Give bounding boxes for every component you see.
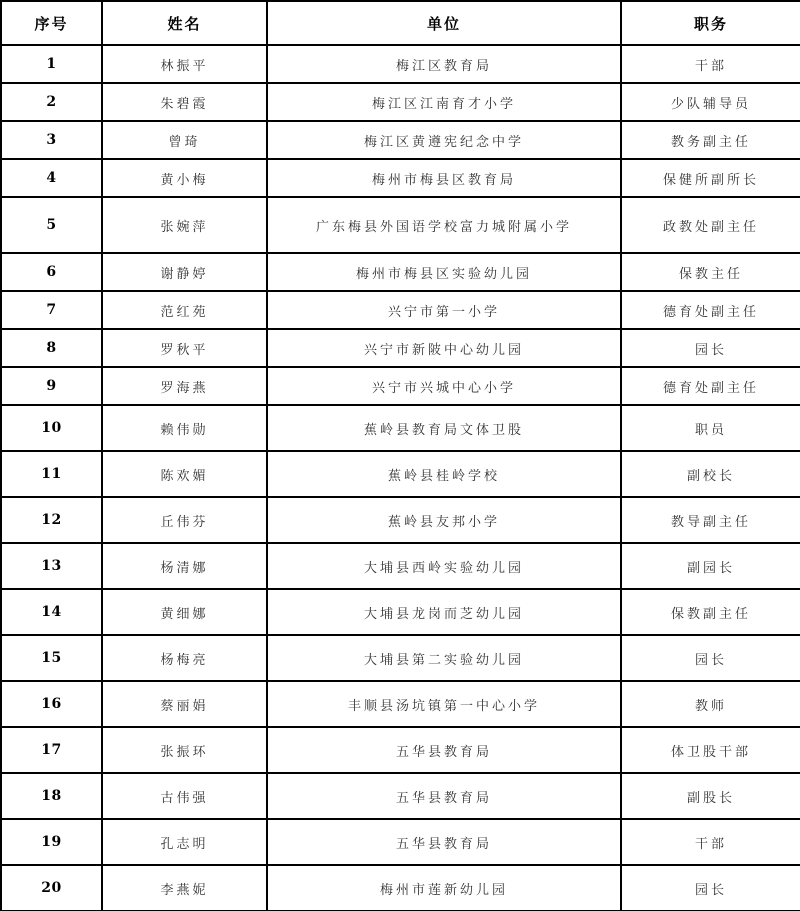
table-row: 14 黄细娜 大埔县龙岗而芝幼儿园 保教副主任 [1, 589, 800, 635]
cell-unit: 五华县教育局 [267, 773, 621, 819]
cell-position: 教务副主任 [621, 121, 800, 159]
cell-unit: 大埔县西岭实验幼儿园 [267, 543, 621, 589]
cell-index: 3 [1, 121, 102, 159]
cell-unit: 蕉岭县友邦小学 [267, 497, 621, 543]
cell-index: 8 [1, 329, 102, 367]
cell-name: 张振环 [102, 727, 267, 773]
cell-position: 教导副主任 [621, 497, 800, 543]
cell-index: 5 [1, 197, 102, 253]
cell-index: 6 [1, 253, 102, 291]
cell-position: 园长 [621, 329, 800, 367]
cell-unit: 蕉岭县桂岭学校 [267, 451, 621, 497]
cell-index: 20 [1, 865, 102, 911]
cell-index: 7 [1, 291, 102, 329]
cell-position: 副园长 [621, 543, 800, 589]
cell-name: 孔志明 [102, 819, 267, 865]
cell-position: 干部 [621, 819, 800, 865]
cell-position: 教师 [621, 681, 800, 727]
cell-index: 17 [1, 727, 102, 773]
cell-unit: 蕉岭县教育局文体卫股 [267, 405, 621, 451]
cell-index: 12 [1, 497, 102, 543]
cell-unit: 兴宁市兴城中心小学 [267, 367, 621, 405]
cell-unit: 五华县教育局 [267, 819, 621, 865]
cell-name: 李燕妮 [102, 865, 267, 911]
cell-position: 副校长 [621, 451, 800, 497]
table-row: 8 罗秋平 兴宁市新陂中心幼儿园 园长 [1, 329, 800, 367]
cell-index: 10 [1, 405, 102, 451]
cell-position: 保健所副所长 [621, 159, 800, 197]
cell-index: 19 [1, 819, 102, 865]
cell-position: 体卫股干部 [621, 727, 800, 773]
cell-index: 14 [1, 589, 102, 635]
cell-name: 蔡丽娟 [102, 681, 267, 727]
cell-name: 罗秋平 [102, 329, 267, 367]
cell-position: 保教主任 [621, 253, 800, 291]
cell-unit: 兴宁市新陂中心幼儿园 [267, 329, 621, 367]
cell-unit: 大埔县第二实验幼儿园 [267, 635, 621, 681]
cell-index: 13 [1, 543, 102, 589]
table-row: 20 李燕妮 梅州市莲新幼儿园 园长 [1, 865, 800, 911]
table-row: 7 范红苑 兴宁市第一小学 德育处副主任 [1, 291, 800, 329]
cell-unit: 兴宁市第一小学 [267, 291, 621, 329]
table-row: 12 丘伟芬 蕉岭县友邦小学 教导副主任 [1, 497, 800, 543]
table-row: 10 赖伟勋 蕉岭县教育局文体卫股 职员 [1, 405, 800, 451]
cell-position: 少队辅导员 [621, 83, 800, 121]
cell-position: 副股长 [621, 773, 800, 819]
cell-unit: 梅州市梅县区实验幼儿园 [267, 253, 621, 291]
cell-name: 赖伟勋 [102, 405, 267, 451]
table-row: 17 张振环 五华县教育局 体卫股干部 [1, 727, 800, 773]
cell-name: 朱碧霞 [102, 83, 267, 121]
cell-unit: 五华县教育局 [267, 727, 621, 773]
cell-unit: 广东梅县外国语学校富力城附属小学 [267, 197, 621, 253]
header-position: 职务 [621, 1, 800, 45]
cell-name: 杨清娜 [102, 543, 267, 589]
table-row: 16 蔡丽娟 丰顺县汤坑镇第一中心小学 教师 [1, 681, 800, 727]
cell-name: 古伟强 [102, 773, 267, 819]
cell-position: 园长 [621, 865, 800, 911]
header-name: 姓名 [102, 1, 267, 45]
cell-index: 16 [1, 681, 102, 727]
table-row: 11 陈欢媚 蕉岭县桂岭学校 副校长 [1, 451, 800, 497]
table-row: 19 孔志明 五华县教育局 干部 [1, 819, 800, 865]
table-row: 5 张婉萍 广东梅县外国语学校富力城附属小学 政教处副主任 [1, 197, 800, 253]
cell-index: 11 [1, 451, 102, 497]
cell-name: 黄小梅 [102, 159, 267, 197]
table-row: 2 朱碧霞 梅江区江南育才小学 少队辅导员 [1, 83, 800, 121]
cell-index: 4 [1, 159, 102, 197]
cell-unit: 梅江区黄遵宪纪念中学 [267, 121, 621, 159]
table-row: 9 罗海燕 兴宁市兴城中心小学 德育处副主任 [1, 367, 800, 405]
cell-position: 德育处副主任 [621, 367, 800, 405]
table-row: 18 古伟强 五华县教育局 副股长 [1, 773, 800, 819]
cell-index: 9 [1, 367, 102, 405]
table-row: 6 谢静婷 梅州市梅县区实验幼儿园 保教主任 [1, 253, 800, 291]
cell-name: 罗海燕 [102, 367, 267, 405]
cell-name: 范红苑 [102, 291, 267, 329]
cell-unit: 梅州市莲新幼儿园 [267, 865, 621, 911]
cell-index: 15 [1, 635, 102, 681]
cell-unit: 梅州市梅县区教育局 [267, 159, 621, 197]
cell-name: 杨梅亮 [102, 635, 267, 681]
cell-index: 1 [1, 45, 102, 83]
cell-position: 德育处副主任 [621, 291, 800, 329]
table-row: 15 杨梅亮 大埔县第二实验幼儿园 园长 [1, 635, 800, 681]
header-index: 序号 [1, 1, 102, 45]
table-row: 13 杨清娜 大埔县西岭实验幼儿园 副园长 [1, 543, 800, 589]
cell-position: 干部 [621, 45, 800, 83]
table-row: 4 黄小梅 梅州市梅县区教育局 保健所副所长 [1, 159, 800, 197]
cell-name: 林振平 [102, 45, 267, 83]
cell-name: 黄细娜 [102, 589, 267, 635]
table-row: 3 曾琦 梅江区黄遵宪纪念中学 教务副主任 [1, 121, 800, 159]
cell-unit: 丰顺县汤坑镇第一中心小学 [267, 681, 621, 727]
cell-index: 18 [1, 773, 102, 819]
cell-position: 政教处副主任 [621, 197, 800, 253]
cell-unit: 大埔县龙岗而芝幼儿园 [267, 589, 621, 635]
cell-name: 曾琦 [102, 121, 267, 159]
roster-table: 序号 姓名 单位 职务 1 林振平 梅江区教育局 干部 2 朱碧霞 梅江区江南育… [0, 0, 800, 911]
cell-unit: 梅江区江南育才小学 [267, 83, 621, 121]
table-row: 1 林振平 梅江区教育局 干部 [1, 45, 800, 83]
header-row: 序号 姓名 单位 职务 [1, 1, 800, 45]
cell-name: 谢静婷 [102, 253, 267, 291]
cell-position: 园长 [621, 635, 800, 681]
cell-index: 2 [1, 83, 102, 121]
cell-name: 张婉萍 [102, 197, 267, 253]
cell-name: 陈欢媚 [102, 451, 267, 497]
cell-unit: 梅江区教育局 [267, 45, 621, 83]
header-unit: 单位 [267, 1, 621, 45]
cell-name: 丘伟芬 [102, 497, 267, 543]
cell-position: 保教副主任 [621, 589, 800, 635]
cell-position: 职员 [621, 405, 800, 451]
